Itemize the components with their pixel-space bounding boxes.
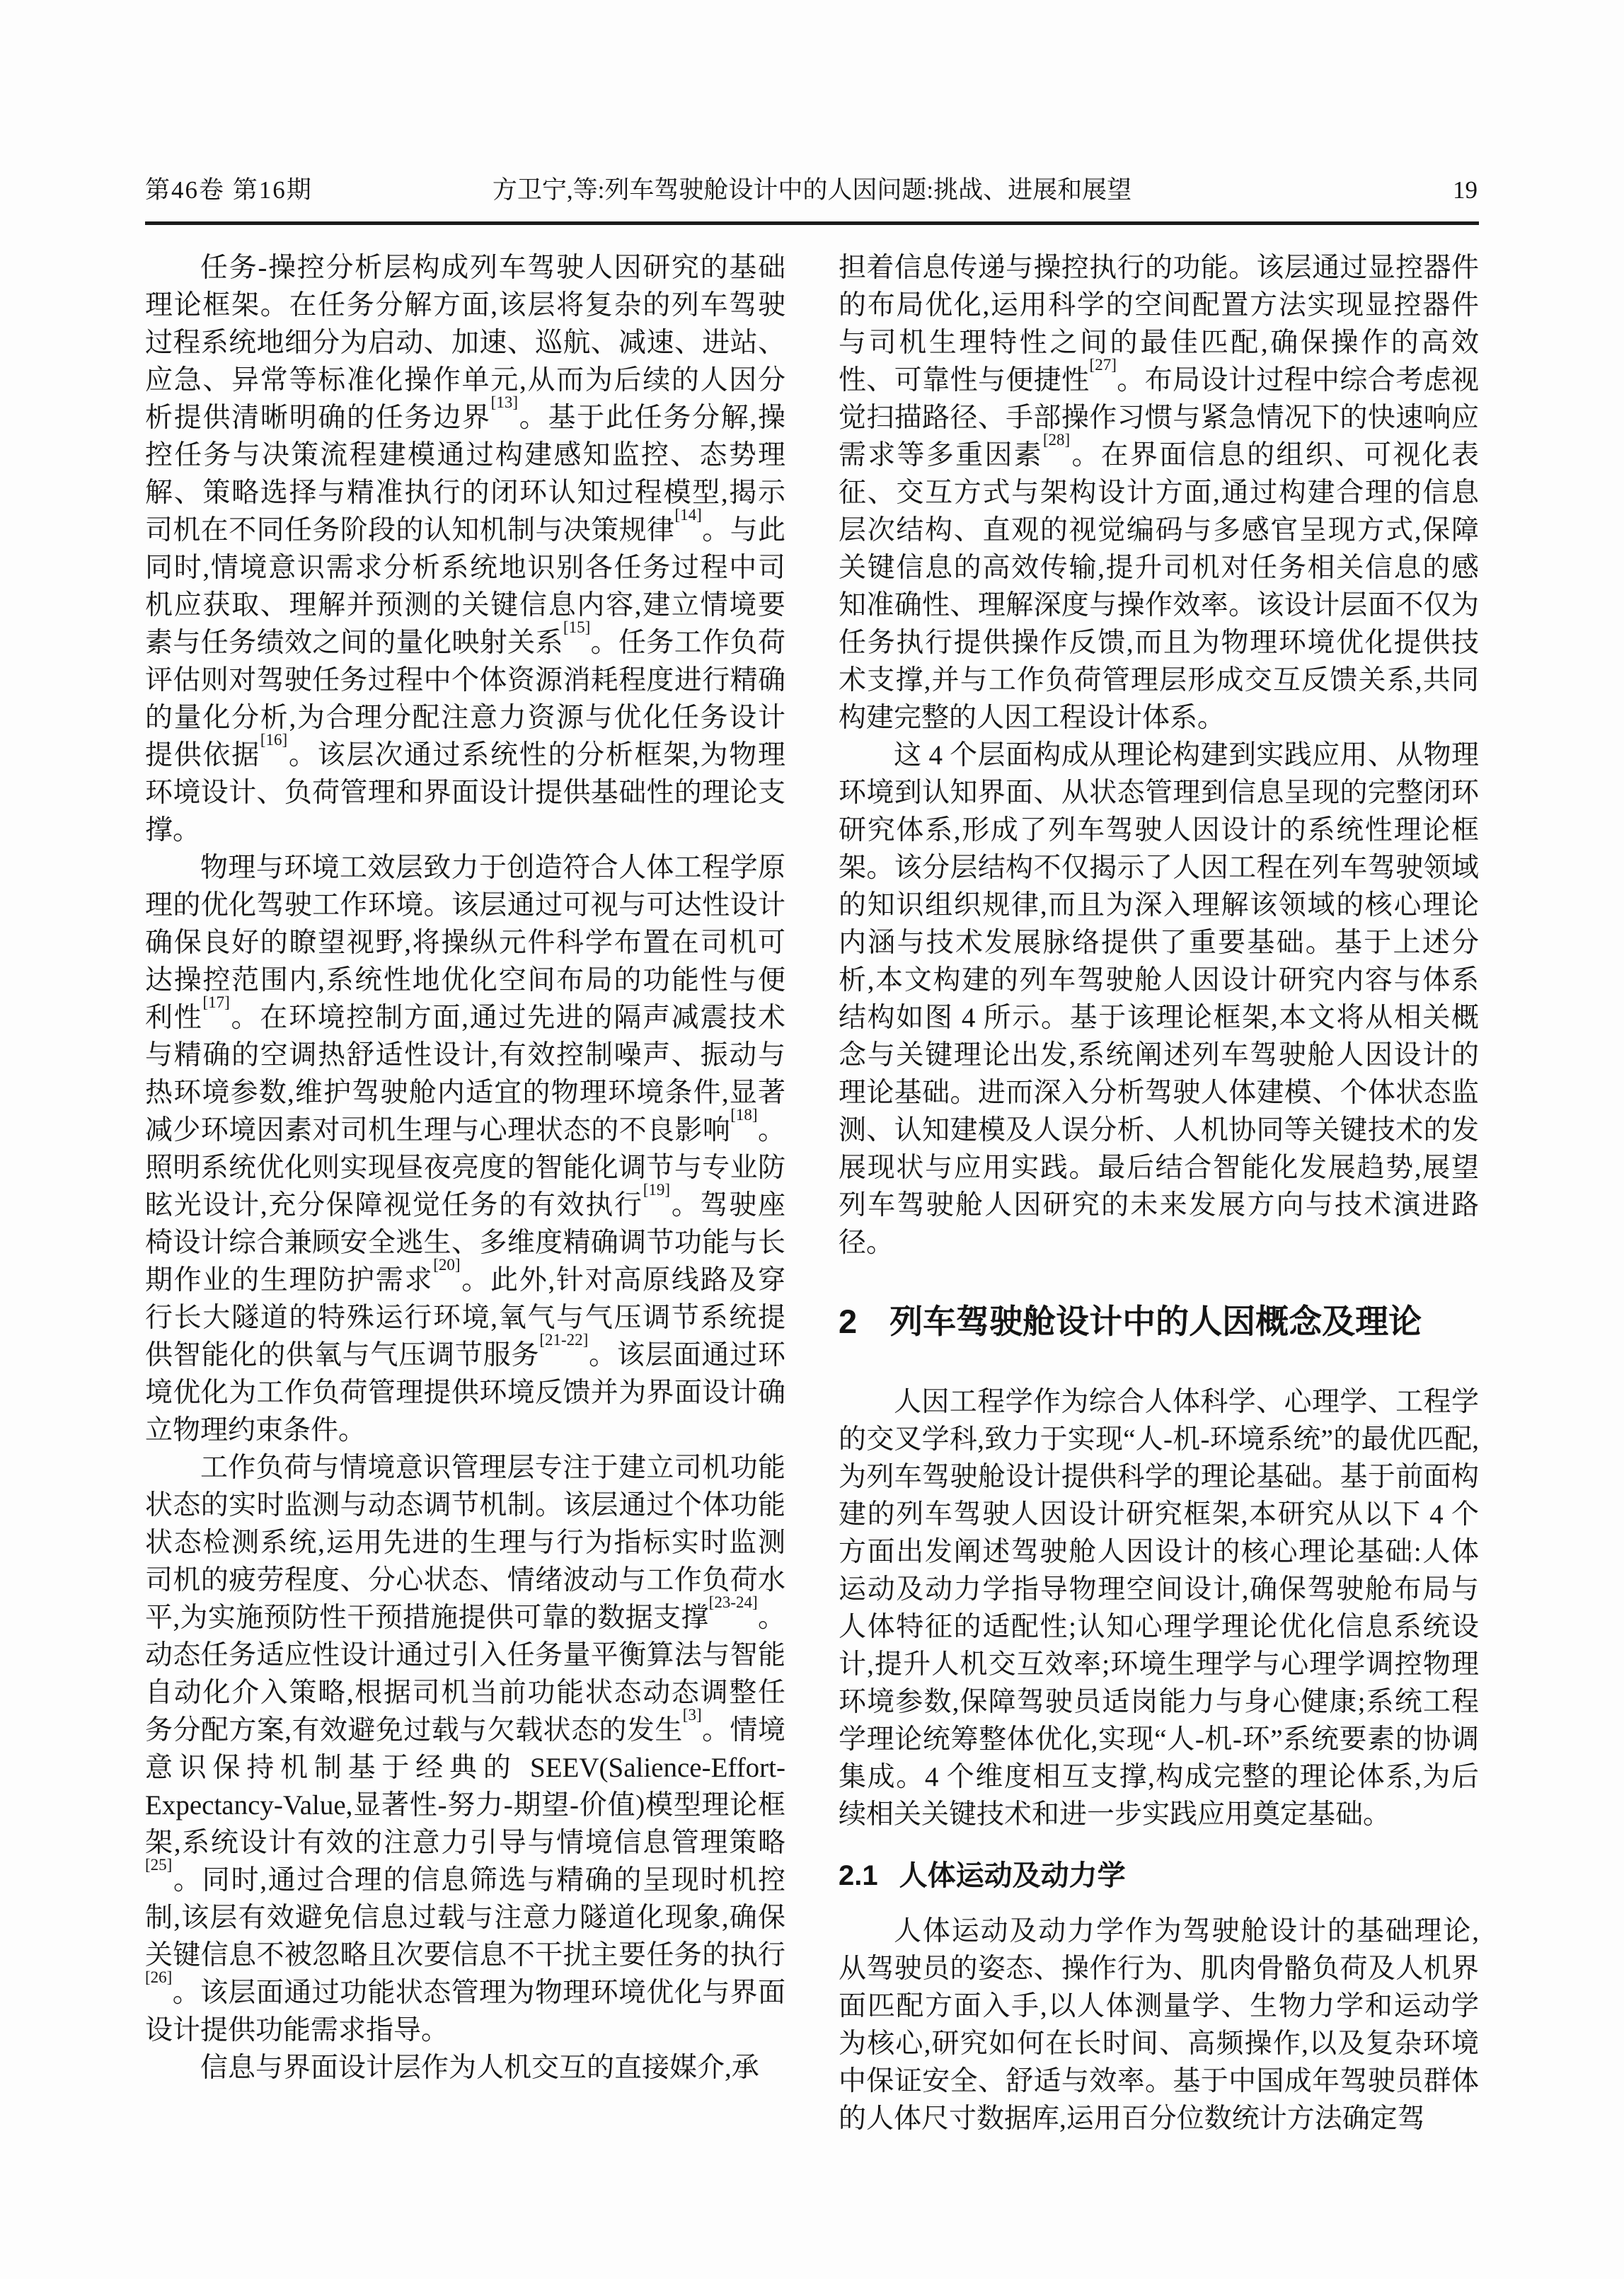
paragraph: 担着信息传递与操控执行的功能。该层通过显控器件的布局优化,运用科学的空间配置方法… [839, 249, 1479, 737]
page-number: 19 [1453, 174, 1478, 207]
citation-ref: [23-24] [709, 1593, 758, 1611]
section-heading: 2列车驾驶舱设计中的人因概念及理论 [839, 1300, 1479, 1344]
citation-ref: [28] [1043, 431, 1070, 449]
heading-number: 2.1 [839, 1857, 878, 1894]
citation-ref: [13] [491, 393, 518, 411]
citation-ref: [18] [730, 1106, 757, 1124]
paragraph: 物理与环境工效层致力于创造符合人体工程学原理的优化驾驶工作环境。该层通过可视与可… [145, 849, 785, 1449]
paragraph: 这 4 个层面构成从理论构建到实践应用、从物理环境到认知界面、从状态管理到信息呈… [839, 737, 1479, 1262]
running-title: 方卫宁,等:列车驾驶舱设计中的人因问题:挑战、进展和展望 [145, 174, 1479, 207]
citation-ref: [19] [643, 1181, 670, 1199]
citation-ref: [27] [1090, 356, 1117, 374]
header-rule [145, 221, 1479, 225]
citation-ref: [14] [674, 506, 701, 524]
heading-number: 2 [839, 1300, 857, 1344]
heading-text: 列车驾驶舱设计中的人因概念及理论 [889, 1300, 1422, 1344]
citation-ref: [26] [145, 1968, 172, 1986]
paragraph: 工作负荷与情境意识管理层专注于建立司机功能状态的实时监测与动态调节机制。该层通过… [145, 1449, 785, 2049]
citation-ref: [17] [202, 993, 229, 1011]
running-header: 第46卷 第16期 方卫宁,等:列车驾驶舱设计中的人因问题:挑战、进展和展望 1… [145, 174, 1479, 207]
paragraph: 人因工程学作为综合人体科学、心理学、工程学的交叉学科,致力于实现“人-机-环境系… [839, 1383, 1479, 1833]
citation-ref: [3] [683, 1706, 702, 1724]
citation-ref: [20] [433, 1256, 460, 1274]
paragraph: 信息与界面设计层作为人机交互的直接媒介,承 [145, 2049, 785, 2087]
journal-page: 第46卷 第16期 方卫宁,等:列车驾驶舱设计中的人因问题:挑战、进展和展望 1… [0, 0, 1624, 2279]
citation-ref: [21-22] [539, 1331, 588, 1349]
left-column: 任务-操控分析层构成列车驾驶人因研究的基础理论框架。在任务分解方面,该层将复杂的… [145, 249, 785, 2087]
right-column: 担着信息传递与操控执行的功能。该层通过显控器件的布局优化,运用科学的空间配置方法… [839, 249, 1479, 2137]
citation-ref: [15] [563, 618, 590, 636]
citation-ref: [16] [260, 731, 287, 749]
subsection-heading: 2.1人体运动及动力学 [839, 1857, 1479, 1894]
heading-text: 人体运动及动力学 [899, 1857, 1126, 1894]
citation-ref: [25] [145, 1856, 172, 1874]
paragraph: 任务-操控分析层构成列车驾驶人因研究的基础理论框架。在任务分解方面,该层将复杂的… [145, 249, 785, 849]
paragraph: 人体运动及动力学作为驾驶舱设计的基础理论,从驾驶员的姿态、操作行为、肌肉骨骼负荷… [839, 1912, 1479, 2137]
